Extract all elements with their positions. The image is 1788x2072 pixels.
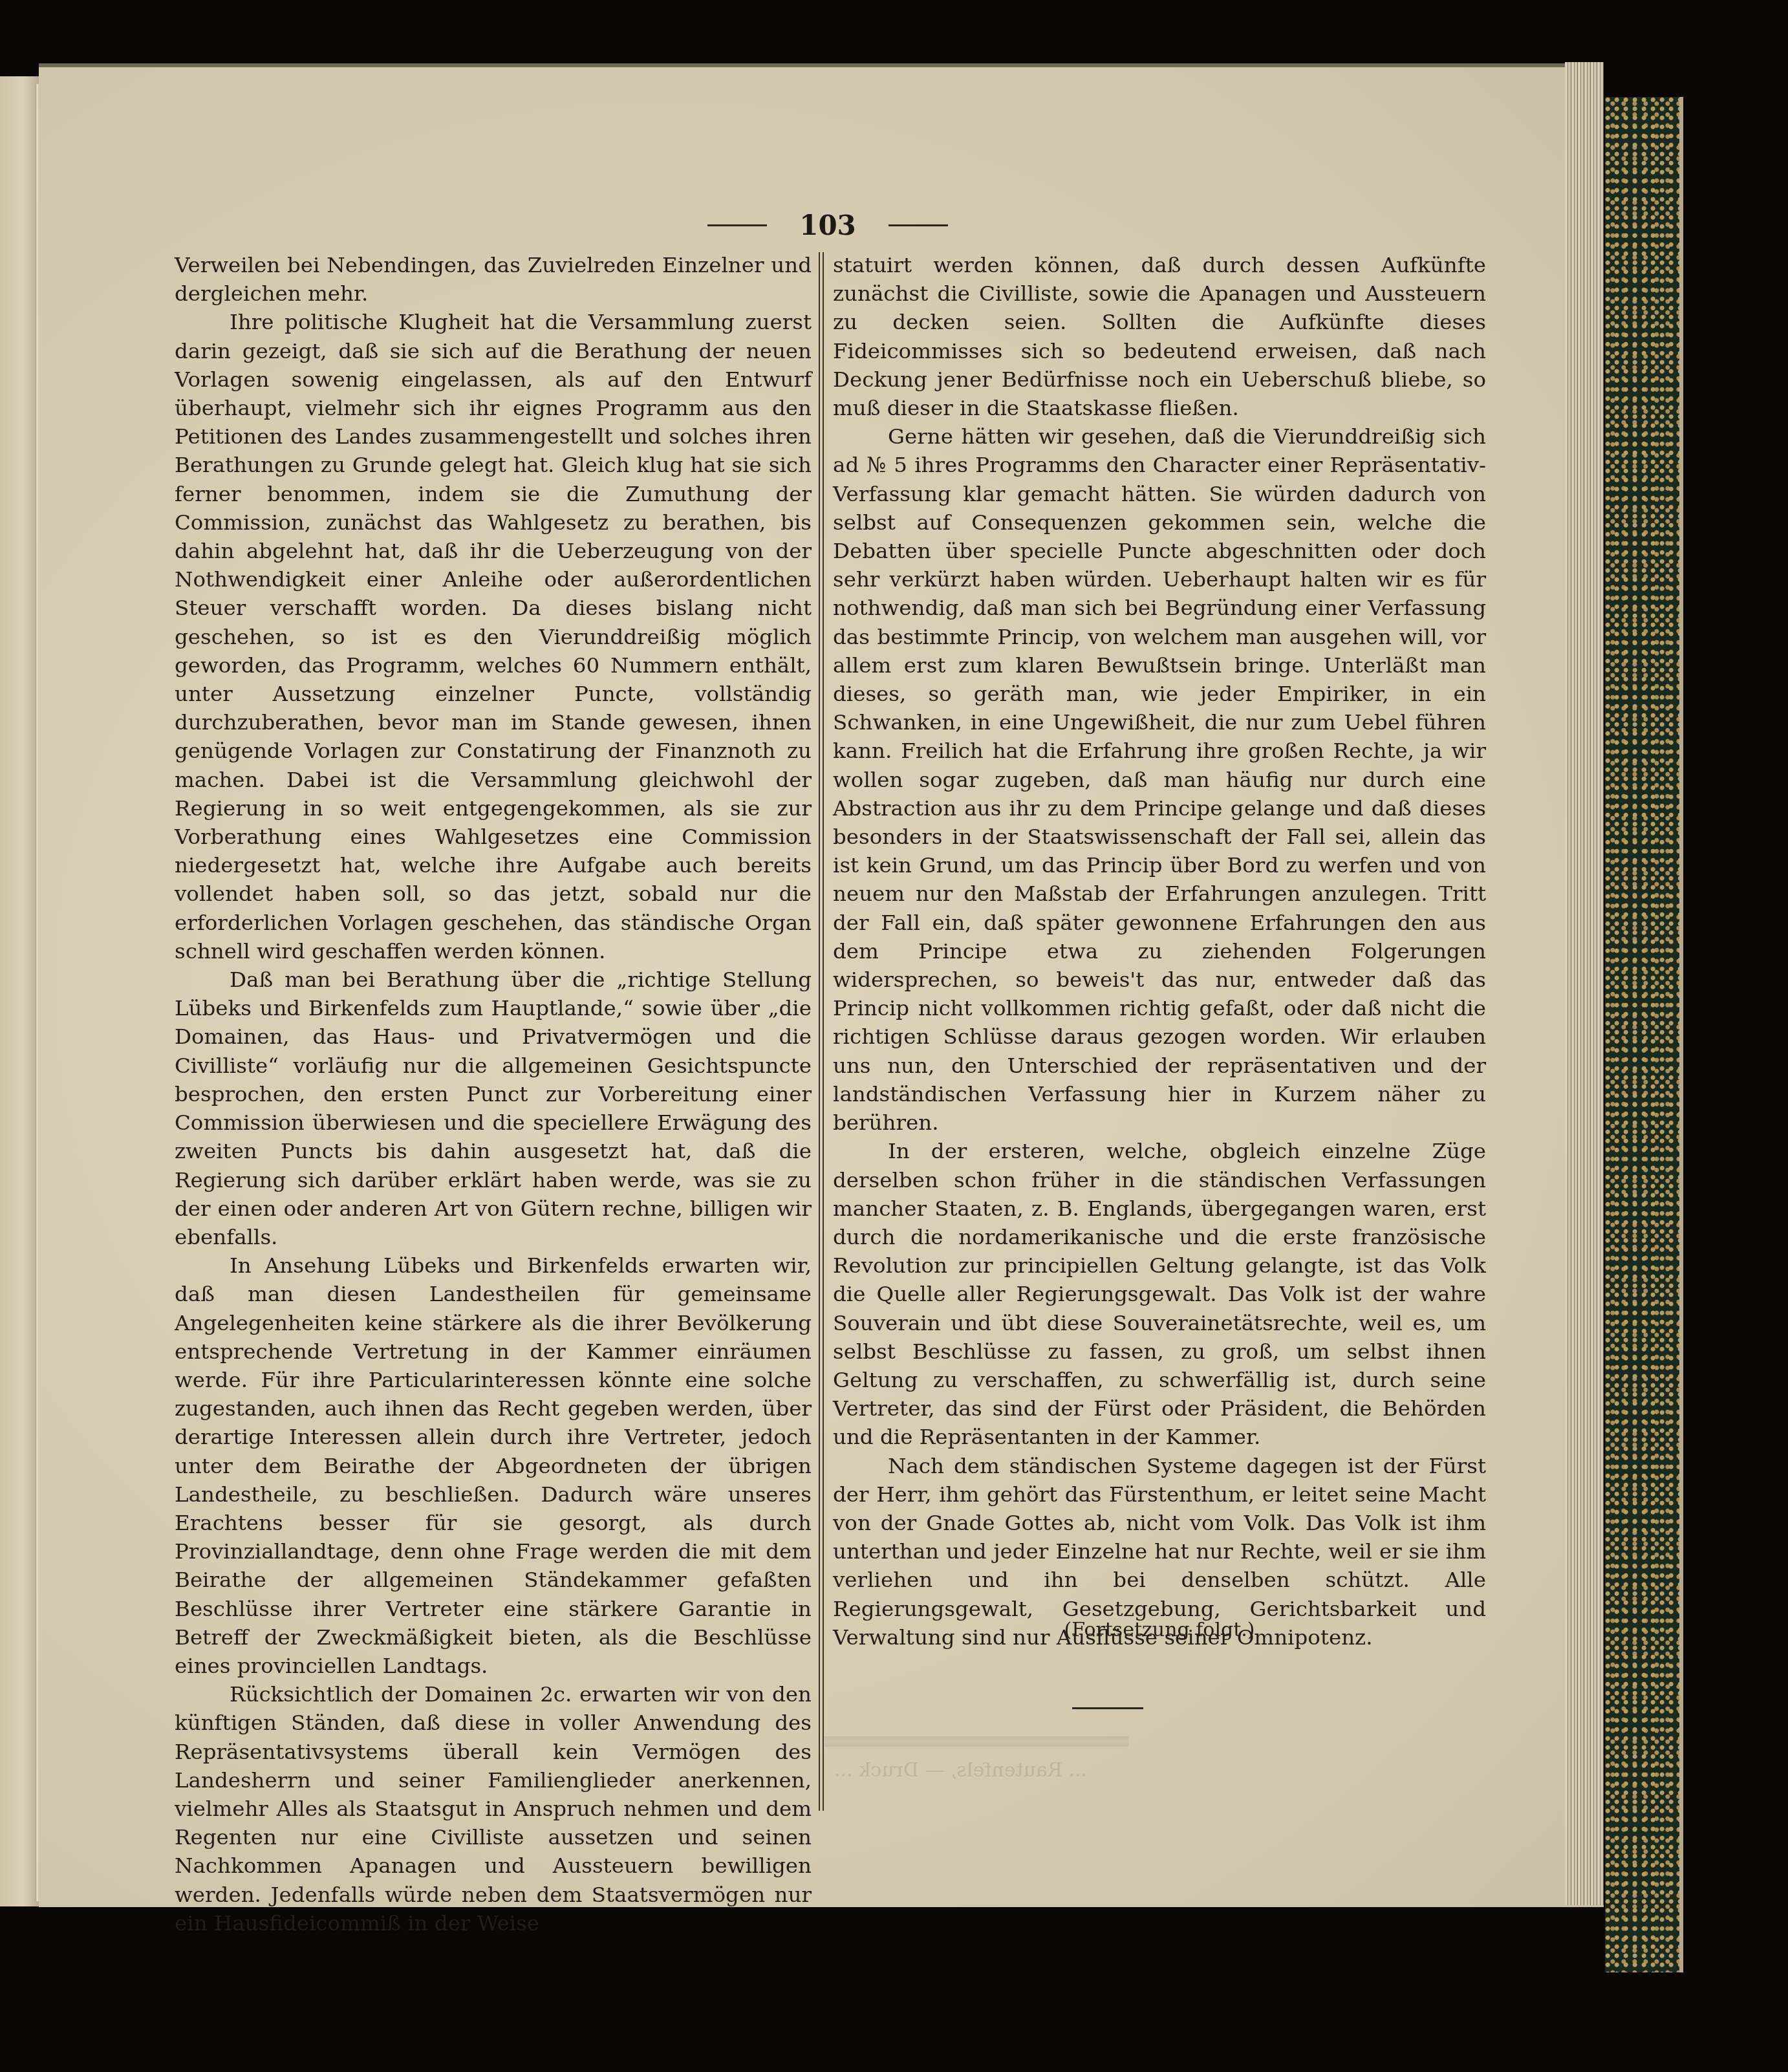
header-rule-right xyxy=(889,224,948,226)
page-number: 103 xyxy=(799,210,856,241)
facing-page-edge xyxy=(0,76,39,1906)
bleed-through-text: ... Rautenfels, — Druck ... xyxy=(834,1759,1087,1782)
bleed-through-rule xyxy=(824,1736,1128,1747)
marbled-cover-edge xyxy=(1605,97,1683,1972)
continuation-note: (Fortsetzung folgt.) xyxy=(833,1619,1486,1641)
paragraph: Gerne hätten wir gesehen, daß die Vierun… xyxy=(833,422,1486,1137)
page-header: 103 xyxy=(685,206,970,244)
page-stack-edges xyxy=(1565,62,1604,1905)
left-column: Verweilen bei Nebendingen, das Zuvielred… xyxy=(175,251,812,1937)
paragraph: statuirt werden können, daß durch dessen… xyxy=(833,251,1486,422)
end-rule xyxy=(1072,1707,1143,1709)
right-column: statuirt werden können, daß durch dessen… xyxy=(833,251,1486,1652)
header-rule-left xyxy=(707,224,767,226)
paragraph: In der ersteren, welche, obgleich einzel… xyxy=(833,1137,1486,1451)
paragraph: Rücksichtlich der Domainen 2c. erwarten … xyxy=(175,1680,812,1937)
paragraph: In Ansehung Lübeks und Birkenfelds erwar… xyxy=(175,1251,812,1680)
paragraph: Ihre politische Klugheit hat die Versamm… xyxy=(175,308,812,966)
paragraph: Verweilen bei Nebendingen, das Zuvielred… xyxy=(175,251,812,308)
paragraph: Daß man bei Berathung über die „richtige… xyxy=(175,966,812,1251)
column-divider xyxy=(819,252,824,1811)
